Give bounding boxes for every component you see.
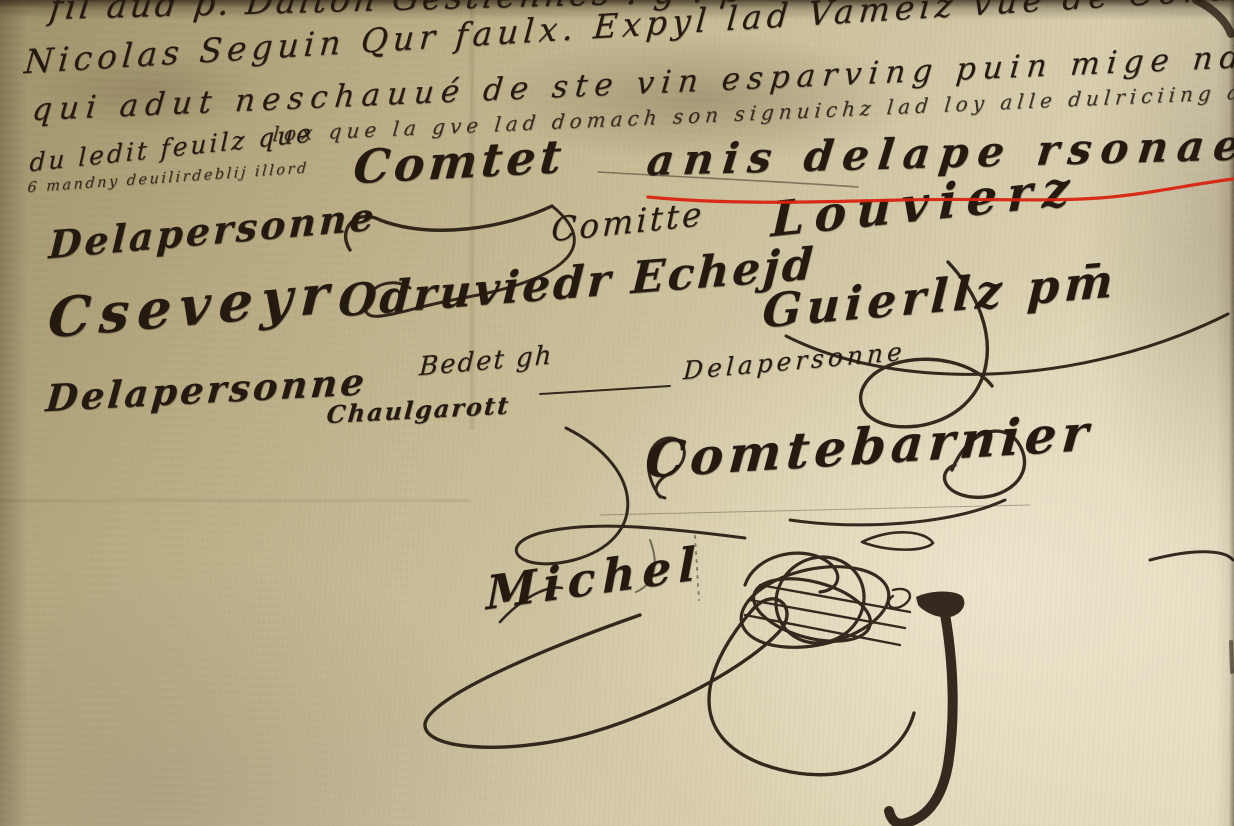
cigar-swash: [862, 532, 933, 549]
right-edge-swash: [1150, 552, 1233, 560]
faint-hairline: [600, 505, 1030, 515]
manuscript-photo: fil aud p. Dalton Gestiennes . g . p Nic…: [0, 0, 1234, 826]
signature-delapersonne-1: Delapersonne: [48, 193, 378, 267]
signature-delapersonne-2: Delapersonne: [44, 359, 369, 420]
paraph-j-blob: [916, 592, 964, 618]
michel-paraph-knot: [734, 540, 910, 660]
signature-odruviedr: Odruviedr Echejd: [337, 238, 817, 327]
signature-michel: Michel: [486, 536, 702, 621]
signature-comtebarnier: Comtebarnier: [643, 403, 1095, 490]
comtebarnier-tail-swash: [790, 500, 1005, 525]
signature-cseveyr: Cseveyr: [47, 261, 339, 351]
signature-comtet: Comtet: [351, 129, 567, 194]
right-edge-tick: [1231, 642, 1232, 672]
michel-grand-loops: [425, 599, 914, 775]
paraph-j-stroke: [889, 614, 953, 824]
signature-delapersonne-3: Delapersonne: [682, 337, 906, 386]
signature-comitte: Comitte: [551, 194, 706, 249]
bedet-dash: [540, 386, 670, 394]
signature-bedet: Bedet gh: [418, 340, 554, 382]
